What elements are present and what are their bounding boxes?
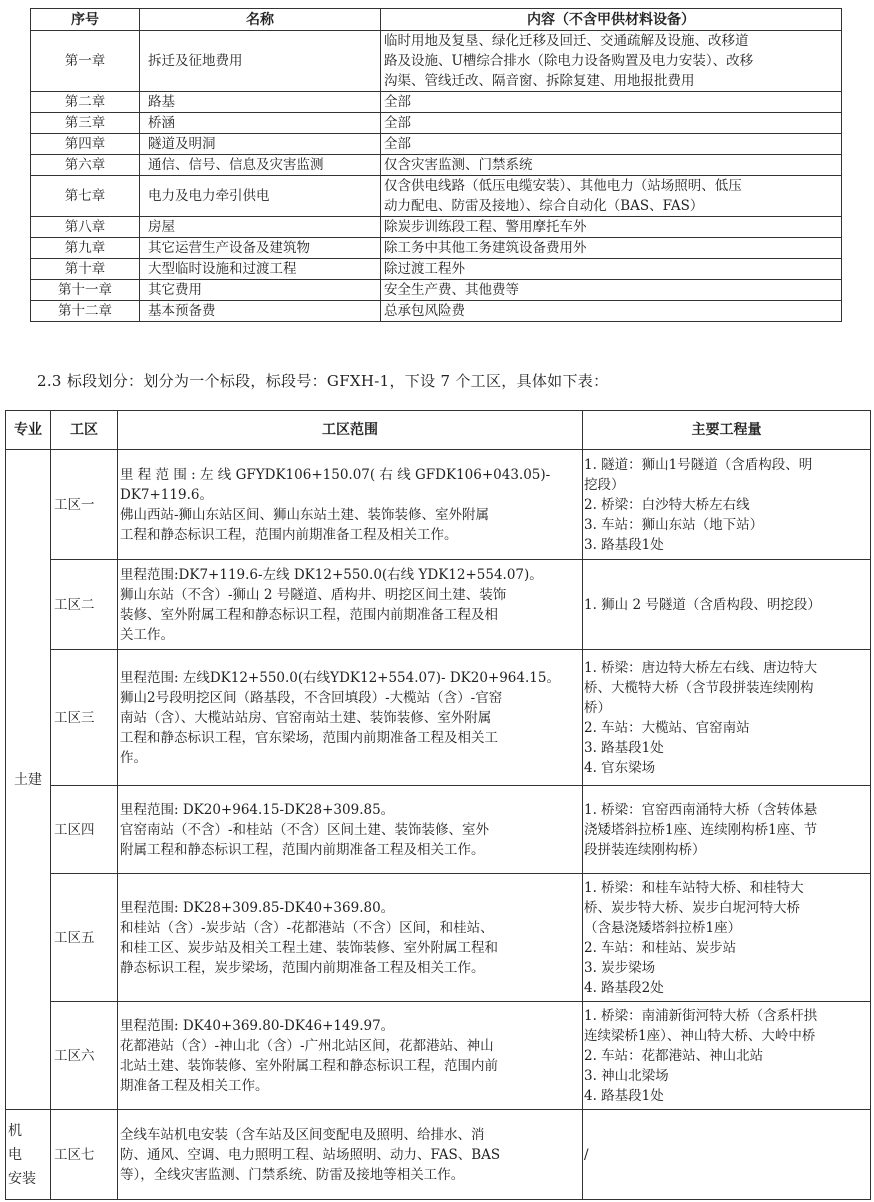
text-line: 4. 路基段2处: [584, 978, 869, 998]
cost-scope-table: 序号 名称 内容（不含甲供材料设备） 第一章拆迁及征地费用临时用地及复垦、绿化迁…: [30, 8, 842, 322]
major-electromechanical: 机 电安装: [6, 1110, 51, 1200]
header-major: 专业: [6, 411, 51, 450]
table-row: 第三章桥涵全部: [31, 113, 842, 134]
main-quantities: 1. 桥梁：官窑西南涌特大桥（含转体悬浇矮塔斜拉桥1座、连续刚构桥1座、节段拼装…: [583, 786, 871, 874]
text-line: 里程范围: DK40+369.80-DK46+149.97。: [120, 1016, 580, 1036]
chapter-content: 全部: [381, 92, 842, 113]
text-line: 3. 车站：狮山东站（地下站）: [584, 515, 869, 535]
text-line: 桥）: [584, 698, 869, 718]
table-row: 第十二章基本预备费总承包风险费: [31, 301, 842, 322]
text-line: 1. 狮山 2 号隧道（含盾构段、明挖段）: [584, 595, 869, 615]
chapter-name: 电力及电力牵引供电: [140, 176, 381, 217]
zone-name: 工区一: [51, 450, 118, 560]
text-line: 防、通风、空调、电力照明工程、站场照明、动力、FAS、BAS: [120, 1145, 580, 1165]
section-caption: 2.3 标段划分：划分为一个标段，标段号：GFXH-1，下设 7 个工区，具体如…: [37, 370, 608, 391]
chapter-content: 临时用地及复垦、绿化迁移及回迁、交通疏解及设施、改移道路及设施、U槽综合排水（除…: [381, 31, 842, 92]
text-line: 里程范围: DK28+309.85-DK40+369.80。: [120, 898, 580, 918]
chapter-number: 第一章: [31, 31, 140, 92]
zone-name: 工区七: [51, 1110, 118, 1200]
chapter-content: 安全生产费、其他费等: [381, 280, 842, 301]
cost-scope-table-body: 第一章拆迁及征地费用临时用地及复垦、绿化迁移及回迁、交通疏解及设施、改移道路及设…: [31, 31, 842, 322]
text-line: 连续梁桥1座）、神山特大桥、大岭中桥: [584, 1026, 869, 1046]
main-quantities: 1. 狮山 2 号隧道（含盾构段、明挖段）: [583, 560, 871, 650]
text-line: 沟渠、管线迁改、隔音窗、拆除复建、用地报批费用: [384, 71, 838, 91]
text-line: 仅含灾害监测、门禁系统: [384, 155, 838, 175]
text-line: 全部: [384, 134, 838, 154]
text-line: 桥、大榄特大桥（含节段拼装连续刚构: [584, 678, 869, 698]
text-line: 2. 桥梁：白沙特大桥左右线: [584, 495, 869, 515]
text-line: 作。: [120, 748, 580, 768]
main-quantities: /: [583, 1110, 871, 1200]
main-quantities: 1. 桥梁：唐边特大桥左右线、唐边特大桥、大榄特大桥（含节段拼装连续刚构桥）2.…: [583, 650, 871, 786]
header-quantities: 主要工程量: [583, 411, 871, 450]
text-line: 和桂站（含）-炭步站（含）-花都港站（不含）区间，和桂站、: [120, 918, 580, 938]
text-line: 桥、炭步特大桥、炭步白坭河特大桥: [584, 898, 869, 918]
text-line: 3. 炭步梁场: [584, 958, 869, 978]
text-line: 2. 车站：大榄站、官窑南站: [584, 718, 869, 738]
zone-scope: 里 程 范 围 : 左 线 GFYDK106+150.07( 右 线 GFDK1…: [118, 450, 583, 560]
table-row: 工区三里程范围: 左线DK12+550.0(右线YDK12+554.07)- D…: [6, 650, 871, 786]
text-line: 北站土建、装饰装修、室外附属工程和静态标识工程，范围内前: [120, 1056, 580, 1076]
table-row: 第九章其它运营生产设备及建筑物除工务中其他工务建筑设备费用外: [31, 238, 842, 259]
text-line: 1. 桥梁：唐边特大桥左右线、唐边特大: [584, 658, 869, 678]
text-line: 全部: [384, 92, 838, 112]
chapter-number: 第七章: [31, 176, 140, 217]
chapter-number: 第十章: [31, 259, 140, 280]
main-quantities: 1. 隧道：狮山1号隧道（含盾构段、明挖段）2. 桥梁：白沙特大桥左右线3. 车…: [583, 450, 871, 560]
header-content: 内容（不含甲供材料设备）: [381, 9, 842, 31]
zone-scope: 里程范围: DK28+309.85-DK40+369.80。和桂站（含）-炭步站…: [118, 874, 583, 1002]
chapter-name: 路基: [140, 92, 381, 113]
text-line: 南站（含）、大榄站站房、官窑南站土建、装饰装修、室外附属: [120, 708, 580, 728]
zone-scope: 里程范围: DK40+369.80-DK46+149.97。花都港站（含）-神山…: [118, 1002, 583, 1110]
text-line: 1. 桥梁：南浦新街河特大桥（含系杆拱: [584, 1006, 869, 1026]
text-line: 1. 隧道：狮山1号隧道（含盾构段、明: [584, 455, 869, 475]
text-line: 1. 桥梁：官窑西南涌特大桥（含转体悬: [584, 800, 869, 820]
chapter-number: 第八章: [31, 217, 140, 238]
zone-scope: 全线车站机电安装（含车站及区间变配电及照明、给排水、消防、通风、空调、电力照明工…: [118, 1110, 583, 1200]
text-line: 静态标识工程，炭步梁场，范围内前期准备工程及相关工作。: [120, 958, 580, 978]
text-line: 官窑南站（不含）-和桂站（不含）区间土建、装饰装修、室外: [120, 820, 580, 840]
table-row: 第六章通信、信号、信息及灾害监测仅含灾害监测、门禁系统: [31, 155, 842, 176]
text-line: 除炭步训练段工程、警用摩托车外: [384, 217, 838, 237]
table-header-row: 专业 工区 工区范围 主要工程量: [6, 411, 871, 450]
text-line: 关工作。: [120, 625, 580, 645]
text-line: 装修、室外附属工程和静态标识工程，范围内前期准备工程及相: [120, 605, 580, 625]
chapter-name: 其它费用: [140, 280, 381, 301]
chapter-name: 房屋: [140, 217, 381, 238]
text-line: 挖段）: [584, 475, 869, 495]
zone-name: 工区四: [51, 786, 118, 874]
zone-name: 工区五: [51, 874, 118, 1002]
major-civil: 土建: [6, 450, 51, 1110]
table-row: 第七章电力及电力牵引供电仅含供电线路（低压电缆安装）、其他电力（站场照明、低压动…: [31, 176, 842, 217]
table-row: 工区四里程范围: DK20+964.15-DK28+309.85。官窑南站（不含…: [6, 786, 871, 874]
text-line: 和桂工区、炭步站及相关工程土建、装饰装修、室外附属工程和: [120, 938, 580, 958]
table-row: 土建工区一里 程 范 围 : 左 线 GFYDK106+150.07( 右 线 …: [6, 450, 871, 560]
chapter-name: 拆迁及征地费用: [140, 31, 381, 92]
text-line: 里 程 范 围 : 左 线 GFYDK106+150.07( 右 线 GFDK1…: [120, 465, 580, 485]
text-line: 除工务中其他工务建筑设备费用外: [384, 238, 838, 258]
text-line: 2. 车站：花都港站、神山北站: [584, 1046, 869, 1066]
text-line: 路及设施、U槽综合排水（除电力设备购置及电力安装）、改移: [384, 51, 838, 71]
text-line: 浇矮塔斜拉桥1座、连续刚构桥1座、节: [584, 820, 869, 840]
zone-name: 工区六: [51, 1002, 118, 1110]
header-serial: 序号: [31, 9, 140, 31]
chapter-content: 总承包风险费: [381, 301, 842, 322]
text-line: 工程和静态标识工程，范围内前期准备工程及相关工作。: [120, 525, 580, 545]
table-row: 第十章大型临时设施和过渡工程除过渡工程外: [31, 259, 842, 280]
text-line: 全部: [384, 113, 838, 133]
text-line: 里程范围: DK20+964.15-DK28+309.85。: [120, 800, 580, 820]
chapter-name: 隧道及明洞: [140, 134, 381, 155]
text-line: 临时用地及复垦、绿化迁移及回迁、交通疏解及设施、改移道: [384, 31, 838, 51]
table-row: 第四章隧道及明洞全部: [31, 134, 842, 155]
chapter-content: 除炭步训练段工程、警用摩托车外: [381, 217, 842, 238]
text-line: 1. 桥梁：和桂车站特大桥、和桂特大: [584, 878, 869, 898]
main-quantities: 1. 桥梁：南浦新街河特大桥（含系杆拱连续梁桥1座）、神山特大桥、大岭中桥2. …: [583, 1002, 871, 1110]
text-line: 安全生产费、其他费等: [384, 280, 838, 300]
chapter-number: 第十一章: [31, 280, 140, 301]
text-line: 附属工程和静态标识工程，范围内前期准备工程及相关工作。: [120, 840, 580, 860]
chapter-number: 第二章: [31, 92, 140, 113]
text-line: 3. 路基段1处: [584, 738, 869, 758]
table-row: 第一章拆迁及征地费用临时用地及复垦、绿化迁移及回迁、交通疏解及设施、改移道路及设…: [31, 31, 842, 92]
text-line: 4. 官东梁场: [584, 758, 869, 778]
text-line: 动力配电、防雷及接地）、综合自动化（BAS、FAS）: [384, 196, 838, 216]
zone-scope: 里程范围: DK20+964.15-DK28+309.85。官窑南站（不含）-和…: [118, 786, 583, 874]
table-row: 第八章房屋除炭步训练段工程、警用摩托车外: [31, 217, 842, 238]
text-line: 全线车站机电安装（含车站及区间变配电及照明、给排水、消: [120, 1125, 580, 1145]
table-header-row: 序号 名称 内容（不含甲供材料设备）: [31, 9, 842, 31]
main-quantities: 1. 桥梁：和桂车站特大桥、和桂特大桥、炭步特大桥、炭步白坭河特大桥（含悬浇矮塔…: [583, 874, 871, 1002]
text-line: 花都港站（含）-神山北（含）-广州北站区间，花都港站、神山: [120, 1036, 580, 1056]
table-row: 工区二里程范围:DK7+119.6-左线 DK12+550.0(右线 YDK12…: [6, 560, 871, 650]
text-line: 狮山东站（不含）-狮山 2 号隧道、盾构井、明挖区间土建、装饰: [120, 585, 580, 605]
chapter-content: 全部: [381, 113, 842, 134]
table-row: 工区六里程范围: DK40+369.80-DK46+149.97。花都港站（含）…: [6, 1002, 871, 1110]
chapter-name: 其它运营生产设备及建筑物: [140, 238, 381, 259]
text-line: （含悬浇矮塔斜拉桥1座）: [584, 918, 869, 938]
table-row: 机 电安装工区七全线车站机电安装（含车站及区间变配电及照明、给排水、消防、通风、…: [6, 1110, 871, 1200]
zone-name: 工区二: [51, 560, 118, 650]
chapter-content: 全部: [381, 134, 842, 155]
work-zone-table: 专业 工区 工区范围 主要工程量 土建工区一里 程 范 围 : 左 线 GFYD…: [5, 410, 871, 1200]
chapter-name: 通信、信号、信息及灾害监测: [140, 155, 381, 176]
text-line: 里程范围:DK7+119.6-左线 DK12+550.0(右线 YDK12+55…: [120, 565, 580, 585]
text-line: 等），全线灾害监测、门禁系统、防雷及接地等相关工作。: [120, 1165, 580, 1185]
table-row: 第十一章其它费用安全生产费、其他费等: [31, 280, 842, 301]
chapter-name: 桥涵: [140, 113, 381, 134]
chapter-content: 仅含灾害监测、门禁系统: [381, 155, 842, 176]
text-line: 安装: [8, 1167, 48, 1191]
text-line: 3. 神山北梁场: [584, 1066, 869, 1086]
text-line: 除过渡工程外: [384, 259, 838, 279]
text-line: 狮山2号段明挖区间（路基段，不含回填段）-大榄站（含）-官窑: [120, 688, 580, 708]
table-row: 工区五里程范围: DK28+309.85-DK40+369.80。和桂站（含）-…: [6, 874, 871, 1002]
text-line: 期准备工程及相关工作。: [120, 1076, 580, 1096]
zone-name: 工区三: [51, 650, 118, 786]
text-line: 4. 路基段1处: [584, 1086, 869, 1106]
table-row: 第二章路基全部: [31, 92, 842, 113]
chapter-content: 仅含供电线路（低压电缆安装）、其他电力（站场照明、低压动力配电、防雷及接地）、综…: [381, 176, 842, 217]
chapter-number: 第十二章: [31, 301, 140, 322]
chapter-content: 除过渡工程外: [381, 259, 842, 280]
text-line: 里程范围: 左线DK12+550.0(右线YDK12+554.07)- DK20…: [120, 668, 580, 688]
chapter-number: 第四章: [31, 134, 140, 155]
zone-scope: 里程范围: 左线DK12+550.0(右线YDK12+554.07)- DK20…: [118, 650, 583, 786]
chapter-name: 大型临时设施和过渡工程: [140, 259, 381, 280]
text-line: 3. 路基段1处: [584, 535, 869, 555]
text-line: 机 电: [8, 1119, 48, 1167]
header-name: 名称: [140, 9, 381, 31]
text-line: /: [584, 1145, 869, 1165]
header-scope: 工区范围: [118, 411, 583, 450]
text-line: 仅含供电线路（低压电缆安装）、其他电力（站场照明、低压: [384, 176, 838, 196]
header-zone: 工区: [51, 411, 118, 450]
chapter-name: 基本预备费: [140, 301, 381, 322]
text-line: 工程和静态标识工程，官东梁场，范围内前期准备工程及相关工: [120, 728, 580, 748]
text-line: 总承包风险费: [384, 301, 838, 321]
work-zone-table-body: 土建工区一里 程 范 围 : 左 线 GFYDK106+150.07( 右 线 …: [6, 450, 871, 1200]
text-line: 段拼装连续刚构桥）: [584, 840, 869, 860]
chapter-number: 第九章: [31, 238, 140, 259]
zone-scope: 里程范围:DK7+119.6-左线 DK12+550.0(右线 YDK12+55…: [118, 560, 583, 650]
text-line: 2. 车站：和桂站、炭步站: [584, 938, 869, 958]
chapter-number: 第六章: [31, 155, 140, 176]
chapter-content: 除工务中其他工务建筑设备费用外: [381, 238, 842, 259]
text-line: 佛山西站-狮山东站区间、狮山东站土建、装饰装修、室外附属: [120, 505, 580, 525]
text-line: DK7+119.6。: [120, 485, 580, 505]
chapter-number: 第三章: [31, 113, 140, 134]
